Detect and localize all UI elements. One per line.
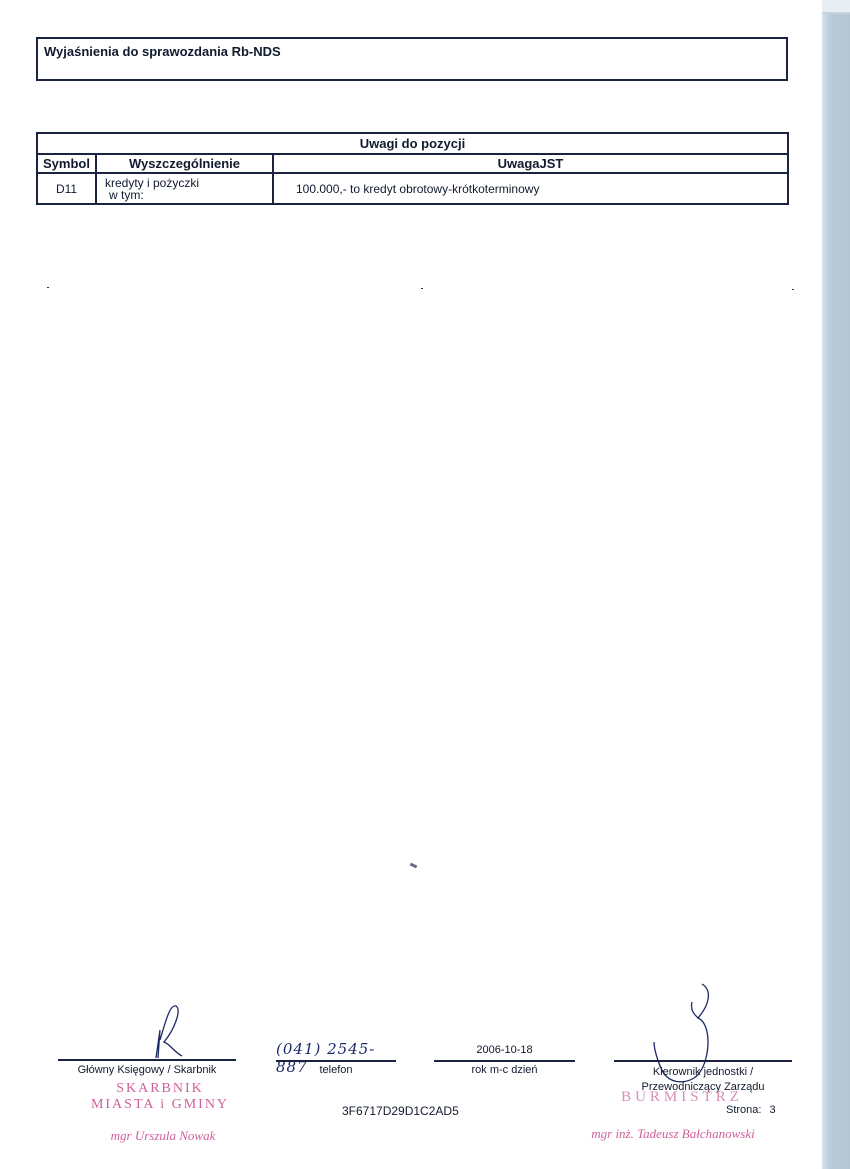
column-header-note: UwagaJST bbox=[273, 154, 788, 173]
signature-line-head bbox=[614, 1060, 792, 1062]
column-header-description: Wyszczególnienie bbox=[96, 154, 273, 173]
stamp-accountant-title: SKARBNIK MIASTA i GMINY bbox=[80, 1081, 240, 1113]
scan-speck bbox=[410, 863, 418, 869]
stamp-line-2: MIASTA i GMINY bbox=[80, 1097, 240, 1113]
signature-accountant-icon bbox=[148, 1000, 188, 1062]
stamp-accountant-name: mgr Urszula Nowak bbox=[80, 1128, 246, 1144]
remarks-table: Uwagi do pozycji Symbol Wyszczególnienie… bbox=[36, 132, 789, 205]
table-caption: Uwagi do pozycji bbox=[37, 133, 788, 154]
signature-line-phone bbox=[276, 1060, 396, 1062]
column-header-symbol: Symbol bbox=[37, 154, 96, 173]
signature-line-accountant bbox=[58, 1059, 236, 1061]
report-title-box: Wyjaśnienia do sprawozdania Rb-NDS bbox=[36, 37, 788, 81]
scan-edge-top bbox=[822, 0, 850, 14]
page-number: 3 bbox=[769, 1104, 775, 1116]
scan-speck bbox=[47, 287, 49, 288]
signature-line-date bbox=[434, 1060, 575, 1062]
page-indicator: Strona:3 bbox=[726, 1104, 776, 1116]
cell-symbol: D11 bbox=[37, 173, 96, 204]
scan-speck bbox=[421, 288, 423, 289]
table-row: D11 kredyty i pożyczki w tym: 100.000,- … bbox=[37, 173, 788, 204]
scan-edge bbox=[822, 0, 850, 1169]
report-title: Wyjaśnienia do sprawozdania Rb-NDS bbox=[44, 44, 281, 59]
cell-note: 100.000,- to kredyt obrotowy-krótkotermi… bbox=[273, 173, 788, 204]
document-hash: 3F6717D29D1C2AD5 bbox=[342, 1104, 459, 1118]
date-value: 2006-10-18 bbox=[434, 1044, 575, 1056]
scan-speck bbox=[792, 289, 794, 290]
phone-label: telefon bbox=[276, 1064, 396, 1076]
head-label-line-1: Kierownik jednostki / bbox=[614, 1066, 792, 1078]
description-line-2: w tym: bbox=[105, 189, 272, 201]
date-label: rok m-c dzień bbox=[434, 1064, 575, 1076]
description-line-1: kredyty i pożyczki bbox=[105, 177, 272, 189]
stamp-line-1: SKARBNIK bbox=[80, 1081, 240, 1097]
page-label: Strona: bbox=[726, 1104, 761, 1116]
stamp-head-name: mgr inż. Tadeusz Bałchanowski bbox=[582, 1126, 764, 1142]
cell-description: kredyty i pożyczki w tym: bbox=[96, 173, 273, 204]
accountant-label: Główny Księgowy / Skarbnik bbox=[58, 1064, 236, 1076]
